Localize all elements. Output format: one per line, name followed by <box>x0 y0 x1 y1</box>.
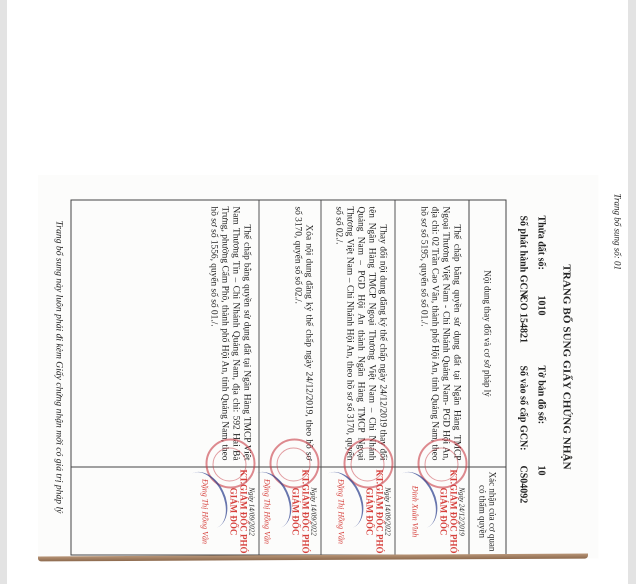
table-row-content: Thế chấp bằng quyền sử dụng đất tại Ngân… <box>207 206 251 460</box>
viewer-frame-left <box>0 0 7 584</box>
cert-register-value: CS04092 <box>517 465 528 503</box>
footer-note: Trang bổ sung này luôn phải đi kèm Giấy … <box>53 175 64 558</box>
parcel-value: 1010 <box>535 295 546 365</box>
changes-table: Nội dung thay đổi và cơ sở pháp lý Xác n… <box>70 199 506 555</box>
parcel-label: Thửa đất số: <box>535 215 546 295</box>
cert-register-label: Số vào sổ cấp GCN: <box>517 365 528 465</box>
meta-row-certificate: Số phát hành GCN: CO 154821 Số vào sổ cấ… <box>517 215 528 503</box>
header-confirmation: Xác nhận của cơ quan có thẩm quyền <box>469 467 505 555</box>
certificate-supplement-page: Trang bổ sung số: 01 TRANG BỔ SUNG GIẤY … <box>38 175 598 558</box>
cert-issue-value: CO 154821 <box>517 295 528 365</box>
table-header: Nội dung thay đổi và cơ sở pháp lý Xác n… <box>468 200 505 554</box>
page-number: Trang bổ sung số: 01 <box>612 193 622 270</box>
cert-issue-label: Số phát hành GCN: <box>517 215 528 295</box>
table-row-content: Thế chấp bằng quyền sử dụng đất tại Ngân… <box>417 206 461 460</box>
map-sheet-label: Tờ bản đồ số: <box>535 365 546 465</box>
table-row-content: Thay đổi nội dung đăng ký thế chấp ngày … <box>332 206 387 460</box>
scanned-document: Trang bổ sung số: 01 TRANG BỔ SUNG GIẤY … <box>38 175 598 558</box>
map-sheet-value: 10 <box>535 465 546 475</box>
table-row-content: Xóa nội dung đăng ký thế chấp ngày 24/12… <box>291 206 313 460</box>
viewer-frame-right <box>628 0 636 584</box>
document-title: TRANG BỔ SUNG GIẤY CHỨNG NHẬN <box>560 175 572 558</box>
header-content: Nội dung thay đổi và cơ sở pháp lý <box>469 200 505 466</box>
meta-row-parcel: Thửa đất số: 1010 Tờ bản đồ số: 10 <box>535 215 546 475</box>
